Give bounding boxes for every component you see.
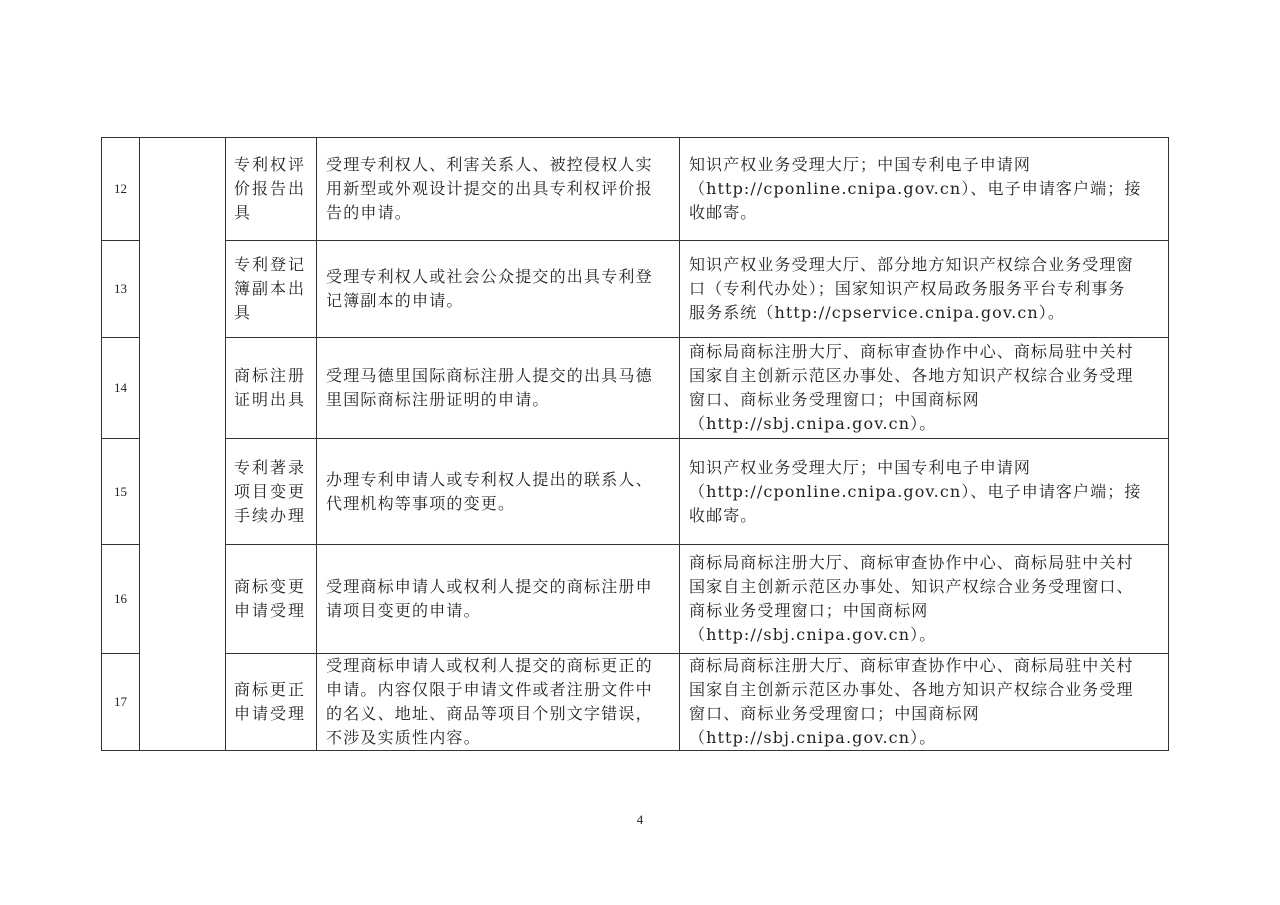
service-channel: 知识产权业务受理大厅；中国专利电子申请网（http://cponline.cni… xyxy=(680,439,1169,545)
table-row: 16商标变更申请受理受理商标申请人或权利人提交的商标注册申请项目变更的申请。商标… xyxy=(102,545,1169,654)
service-description-line: 请项目变更的申请。 xyxy=(326,599,671,623)
service-description: 受理商标申请人或权利人提交的商标更正的申请。内容仅限于申请文件或者注册文件中的名… xyxy=(317,654,680,751)
service-channel-line: 知识产权业务受理大厅；中国专利电子申请网 xyxy=(689,153,1160,177)
document-page: 12专利权评价报告出具受理专利权人、利害关系人、被控侵权人实用新型或外观设计提交… xyxy=(0,0,1280,905)
service-name-line: 申请受理 xyxy=(234,599,308,623)
service-channel-line: （http://sbj.cnipa.gov.cn）。 xyxy=(689,726,1160,750)
service-channel-line: 商标业务受理窗口；中国商标网 xyxy=(689,599,1160,623)
service-description-line: 受理马德里国际商标注册人提交的出具马德 xyxy=(326,364,671,388)
service-name-line: 商标注册 xyxy=(234,364,308,388)
service-name: 商标注册证明出具 xyxy=(226,338,317,439)
service-description: 受理专利权人或社会公众提交的出具专利登记簿副本的申请。 xyxy=(317,241,680,338)
service-name-line: 专利权评 xyxy=(234,153,308,177)
service-description-line: 告的申请。 xyxy=(326,201,671,225)
service-channel-line: 服务系统（http://cpservice.cnipa.gov.cn）。 xyxy=(689,301,1160,325)
service-channel-line: 国家自主创新示范区办事处、各地方知识产权综合业务受理 xyxy=(689,678,1160,702)
service-channel-line: 收邮寄。 xyxy=(689,504,1160,528)
service-name: 商标更正申请受理 xyxy=(226,654,317,751)
service-description-line: 不涉及实质性内容。 xyxy=(326,726,671,750)
service-channel: 知识产权业务受理大厅、部分地方知识产权综合业务受理窗口（专利代办处）；国家知识产… xyxy=(680,241,1169,338)
table-row: 15专利著录项目变更手续办理办理专利申请人或专利权人提出的联系人、代理机构等事项… xyxy=(102,439,1169,545)
service-description-line: 代理机构等事项的变更。 xyxy=(326,492,671,516)
service-channel-line: 知识产权业务受理大厅、部分地方知识产权综合业务受理窗 xyxy=(689,253,1160,277)
service-description-line: 的名义、地址、商品等项目个别文字错误， xyxy=(326,702,671,726)
service-description-line: 记簿副本的申请。 xyxy=(326,289,671,313)
service-name-line: 证明出具 xyxy=(234,388,308,412)
service-name-line: 专利著录 xyxy=(234,456,308,480)
service-name-line: 具 xyxy=(234,201,308,225)
service-channel-line: （http://cponline.cnipa.gov.cn）、电子申请客户端；接 xyxy=(689,177,1160,201)
service-description: 办理专利申请人或专利权人提出的联系人、代理机构等事项的变更。 xyxy=(317,439,680,545)
service-name-line: 商标变更 xyxy=(234,575,308,599)
service-channel-line: 商标局商标注册大厅、商标审查协作中心、商标局驻中关村 xyxy=(689,551,1160,575)
service-name-line: 专利登记 xyxy=(234,253,308,277)
service-channel-line: 商标局商标注册大厅、商标审查协作中心、商标局驻中关村 xyxy=(689,654,1160,678)
service-name-line: 价报告出 xyxy=(234,177,308,201)
service-description-line: 受理专利权人、利害关系人、被控侵权人实 xyxy=(326,153,671,177)
service-description: 受理马德里国际商标注册人提交的出具马德里国际商标注册证明的申请。 xyxy=(317,338,680,439)
service-channel-line: （http://sbj.cnipa.gov.cn）。 xyxy=(689,412,1160,436)
service-table-body: 12专利权评价报告出具受理专利权人、利害关系人、被控侵权人实用新型或外观设计提交… xyxy=(102,138,1169,751)
service-channel-line: 商标局商标注册大厅、商标审查协作中心、商标局驻中关村 xyxy=(689,340,1160,364)
service-name: 商标变更申请受理 xyxy=(226,545,317,654)
service-name-line: 具 xyxy=(234,301,308,325)
service-channel-line: 知识产权业务受理大厅；中国专利电子申请网 xyxy=(689,456,1160,480)
service-channel-line: 窗口、商标业务受理窗口；中国商标网 xyxy=(689,702,1160,726)
table-row: 13专利登记簿副本出具受理专利权人或社会公众提交的出具专利登记簿副本的申请。知识… xyxy=(102,241,1169,338)
service-name-line: 簿副本出 xyxy=(234,277,308,301)
category-cell xyxy=(140,138,226,751)
service-description-line: 用新型或外观设计提交的出具专利权评价报 xyxy=(326,177,671,201)
item-number: 14 xyxy=(102,338,140,439)
table-row: 12专利权评价报告出具受理专利权人、利害关系人、被控侵权人实用新型或外观设计提交… xyxy=(102,138,1169,241)
service-channel-line: （http://sbj.cnipa.gov.cn）。 xyxy=(689,623,1160,647)
table-row: 14商标注册证明出具受理马德里国际商标注册人提交的出具马德里国际商标注册证明的申… xyxy=(102,338,1169,439)
service-description-line: 办理专利申请人或专利权人提出的联系人、 xyxy=(326,468,671,492)
service-channel: 商标局商标注册大厅、商标审查协作中心、商标局驻中关村国家自主创新示范区办事处、各… xyxy=(680,338,1169,439)
service-description-line: 受理专利权人或社会公众提交的出具专利登 xyxy=(326,265,671,289)
item-number: 12 xyxy=(102,138,140,241)
service-name-line: 商标更正 xyxy=(234,678,308,702)
service-description-line: 受理商标申请人或权利人提交的商标注册申 xyxy=(326,575,671,599)
item-number: 17 xyxy=(102,654,140,751)
service-description: 受理专利权人、利害关系人、被控侵权人实用新型或外观设计提交的出具专利权评价报告的… xyxy=(317,138,680,241)
service-table: 12专利权评价报告出具受理专利权人、利害关系人、被控侵权人实用新型或外观设计提交… xyxy=(101,137,1169,751)
service-channel-line: 国家自主创新示范区办事处、各地方知识产权综合业务受理 xyxy=(689,364,1160,388)
service-description-line: 申请。内容仅限于申请文件或者注册文件中 xyxy=(326,678,671,702)
item-number: 16 xyxy=(102,545,140,654)
service-channel: 商标局商标注册大厅、商标审查协作中心、商标局驻中关村国家自主创新示范区办事处、各… xyxy=(680,654,1169,751)
service-name-line: 申请受理 xyxy=(234,702,308,726)
service-channel: 知识产权业务受理大厅；中国专利电子申请网（http://cponline.cni… xyxy=(680,138,1169,241)
service-name-line: 手续办理 xyxy=(234,504,308,528)
page-number: 4 xyxy=(0,812,1280,828)
service-channel: 商标局商标注册大厅、商标审查协作中心、商标局驻中关村国家自主创新示范区办事处、知… xyxy=(680,545,1169,654)
service-channel-line: 国家自主创新示范区办事处、知识产权综合业务受理窗口、 xyxy=(689,575,1160,599)
service-channel-line: 收邮寄。 xyxy=(689,201,1160,225)
service-description-line: 里国际商标注册证明的申请。 xyxy=(326,388,671,412)
item-number: 13 xyxy=(102,241,140,338)
service-name: 专利登记簿副本出具 xyxy=(226,241,317,338)
service-description: 受理商标申请人或权利人提交的商标注册申请项目变更的申请。 xyxy=(317,545,680,654)
service-description-line: 受理商标申请人或权利人提交的商标更正的 xyxy=(326,654,671,678)
service-channel-line: 窗口、商标业务受理窗口；中国商标网 xyxy=(689,388,1160,412)
service-name: 专利著录项目变更手续办理 xyxy=(226,439,317,545)
service-channel-line: 口（专利代办处）；国家知识产权局政务服务平台专利事务 xyxy=(689,277,1160,301)
service-channel-line: （http://cponline.cnipa.gov.cn）、电子申请客户端；接 xyxy=(689,480,1160,504)
service-name: 专利权评价报告出具 xyxy=(226,138,317,241)
table-row: 17商标更正申请受理受理商标申请人或权利人提交的商标更正的申请。内容仅限于申请文… xyxy=(102,654,1169,751)
service-name-line: 项目变更 xyxy=(234,480,308,504)
item-number: 15 xyxy=(102,439,140,545)
